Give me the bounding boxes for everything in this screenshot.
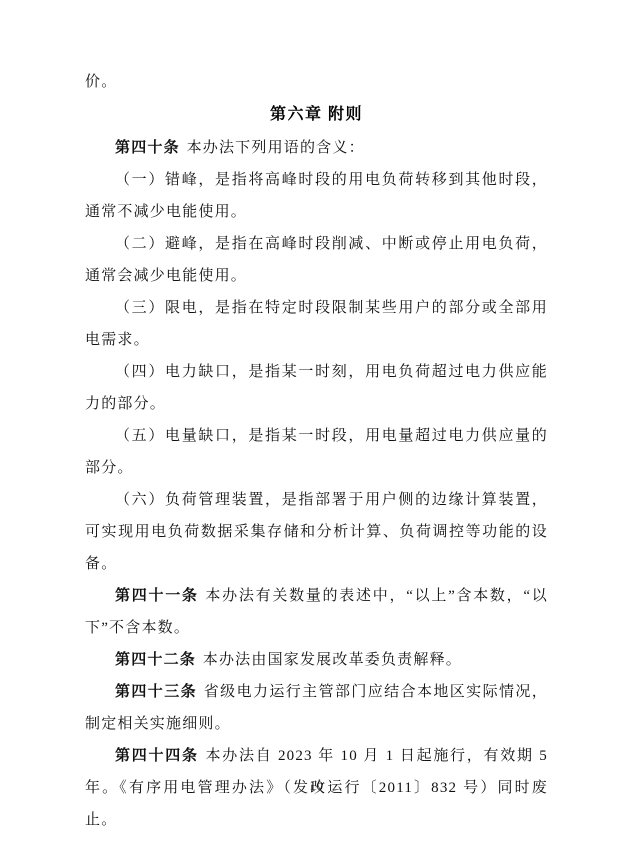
paragraph-text: （二）避峰，是指在高峰时段削减、中断或停止用电负荷，通常会减少电能使用。 [85,236,548,284]
chapter-heading: 第六章 附则 [85,98,548,132]
article-number: 第四十一条 [115,588,199,604]
definition-item-6: （六）负荷管理装置，是指部署于用户侧的边缘计算装置，可实现用电负荷数据采集存储和… [85,484,548,580]
article-number: 第四十三条 [115,684,197,700]
article-41-paragraph: 第四十一条本办法有关数量的表述中，“以上”含本数，“以下”不含本数。 [85,580,548,644]
definition-item-2: （二）避峰，是指在高峰时段削减、中断或停止用电负荷，通常会减少电能使用。 [85,228,548,292]
document-body: 价。 第六章 附则 第四十条本办法下列用语的含义： （一）错峰，是指将高峰时段的… [85,66,548,836]
document-page: 价。 第六章 附则 第四十条本办法下列用语的含义： （一）错峰，是指将高峰时段的… [0,0,633,848]
article-43-paragraph: 第四十三条省级电力运行主管部门应结合本地区实际情况，制定相关实施细则。 [85,676,548,740]
article-42-paragraph: 第四十二条本办法由国家发展改革委负责解释。 [85,644,548,676]
definition-item-3: （三）限电，是指在特定时段限制某些用户的部分或全部用电需求。 [85,292,548,356]
definition-item-5: （五）电量缺口，是指某一时段，用电量超过电力供应量的部分。 [85,420,548,484]
page-number: 10 [0,778,633,794]
paragraph-text: （四）电力缺口，是指某一时刻，用电负荷超过电力供应能力的部分。 [85,364,548,412]
paragraph-text: 本办法由国家发展改革委负责解释。 [203,652,462,668]
paragraph-text: 本办法下列用语的含义： [187,140,365,156]
paragraph-text: （三）限电，是指在特定时段限制某些用户的部分或全部用电需求。 [85,300,548,348]
definition-item-1: （一）错峰，是指将高峰时段的用电负荷转移到其他时段，通常不减少电能使用。 [85,164,548,228]
paragraph-text: 价。 [85,74,117,90]
article-number: 第四十条 [115,140,180,156]
paragraph-text: （一）错峰，是指将高峰时段的用电负荷转移到其他时段，通常不减少电能使用。 [85,172,548,220]
article-40-paragraph: 第四十条本办法下列用语的含义： [85,132,548,164]
definition-item-4: （四）电力缺口，是指某一时刻，用电负荷超过电力供应能力的部分。 [85,356,548,420]
article-number: 第四十二条 [115,652,196,668]
paragraph-text: （六）负荷管理装置，是指部署于用户侧的边缘计算装置，可实现用电负荷数据采集存储和… [85,492,548,572]
paragraph-text: （五）电量缺口，是指某一时段，用电量超过电力供应量的部分。 [85,428,548,476]
article-number: 第四十四条 [115,748,199,764]
paragraph-continuation: 价。 [85,66,548,98]
